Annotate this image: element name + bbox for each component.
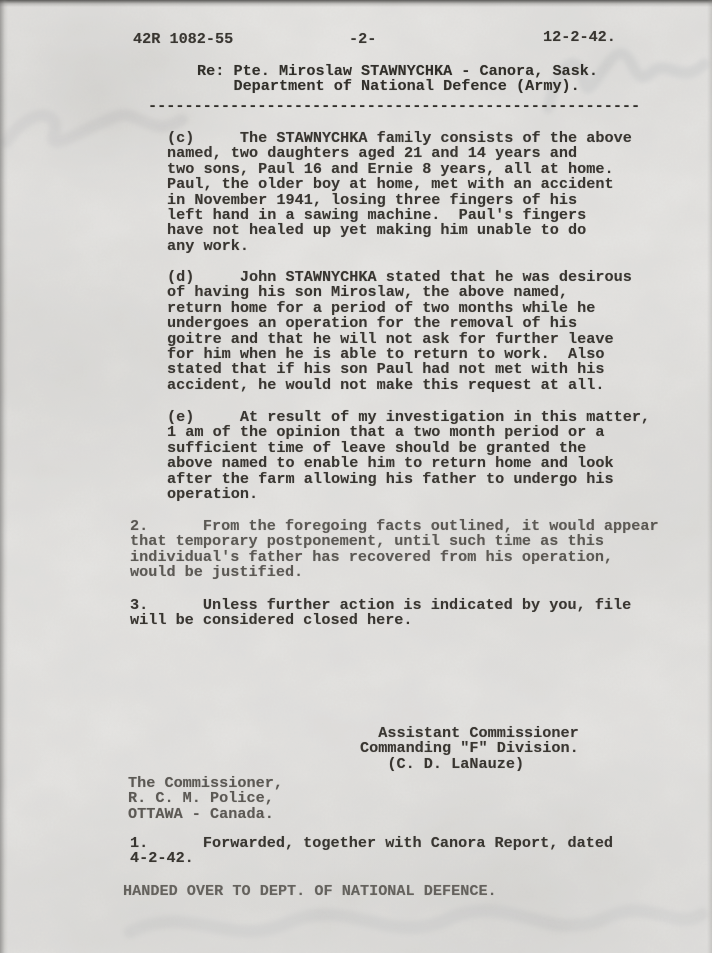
paragraph-e: (e) At result of my investigation in thi… bbox=[167, 410, 650, 502]
scan-edge-left bbox=[0, 0, 8, 953]
scanned-document-page: 42R 1082-55 -2- 12-2-42. Re: Pte. Mirosl… bbox=[0, 0, 712, 953]
file-number: 42R 1082-55 bbox=[133, 32, 233, 47]
handed-over-stamp: HANDED OVER TO DEPT. OF NATIONAL DEFENCE… bbox=[123, 884, 497, 899]
paragraph-d: (d) John STAWNYCHKA stated that he was d… bbox=[167, 270, 632, 393]
paragraph-3: 3. Unless further action is indicated by… bbox=[130, 598, 631, 629]
scan-edge-top bbox=[0, 0, 712, 7]
date: 12-2-42. bbox=[543, 30, 616, 45]
subject-divider: ----------------------------------------… bbox=[148, 99, 640, 114]
ghost-writing-left bbox=[0, 80, 190, 170]
scan-edge-right bbox=[707, 0, 712, 953]
paragraph-c: (c) The STAWNYCHKA family consists of th… bbox=[167, 131, 632, 254]
paragraph-2: 2. From the foregoing facts outlined, it… bbox=[130, 519, 659, 581]
recipient-address: The Commissioner, R. C. M. Police, OTTAW… bbox=[128, 776, 283, 822]
forward-note: 1. Forwarded, together with Canora Repor… bbox=[130, 836, 613, 867]
signature-block: Assistant Commissioner Commanding "F" Di… bbox=[360, 726, 579, 772]
subject-line: Re: Pte. Miroslaw STAWNYCHKA - Canora, S… bbox=[197, 64, 598, 95]
page-number: -2- bbox=[349, 32, 376, 47]
ghost-writing-bottom bbox=[120, 892, 710, 953]
